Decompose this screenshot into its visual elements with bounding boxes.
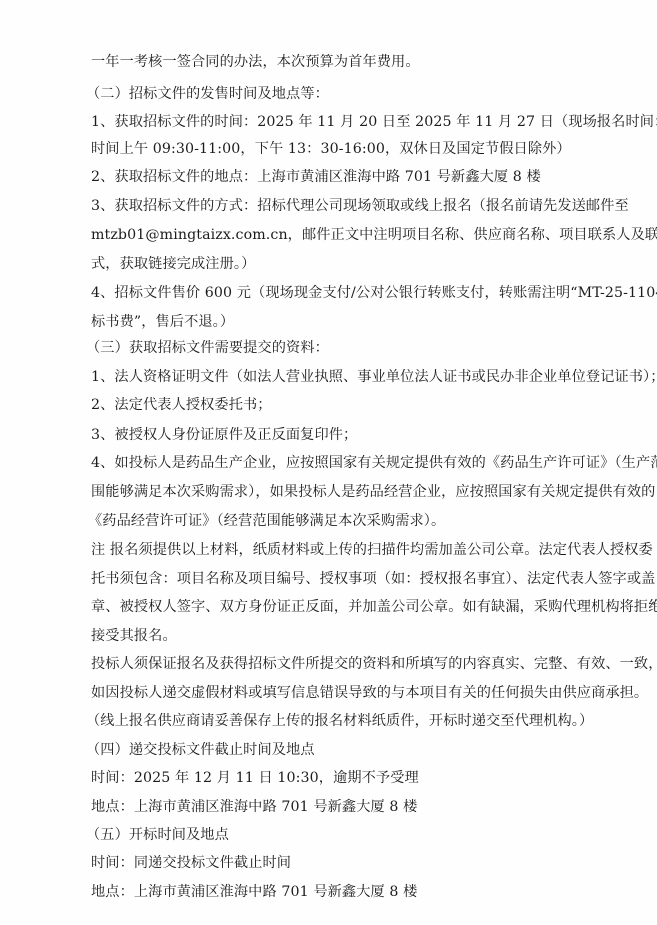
item-3-2-line: 2、法定代表人授权委托书；	[91, 395, 611, 415]
note-line-2: 托书须包含：项目名称及项目编号、授权事项（如：授权报名事宜）、法定代表人签字或盖	[91, 569, 597, 589]
section-5-place: 地点：上海市黄浦区淮海中路 701 号新鑫大厦 8 楼	[91, 882, 611, 902]
section-5-time: 时间：同递交投标文件截止时间	[91, 853, 611, 873]
item-3-4-line-2: 围能够满足本次采购需求），如果投标人是药品经营企业，应按照国家有关规定提供有效的	[91, 482, 597, 502]
item-2-3-line-2-email: mtzb01@mingtaizx.com.cn，邮件正文中注明项目名称、供应商名…	[91, 225, 597, 245]
guarantee-line-2: 如因投标人递交虚假材料或填写信息错误导致的与本项目有关的任何损失由供应商承担。	[91, 683, 611, 703]
section-4-time: 时间：2025 年 12 月 11 日 10:30，逾期不予受理	[91, 768, 611, 788]
item-2-4-line-1: 4、招标文件售价 600 元（现场现金支付/公对公银行转账支付，转账需注明“MT…	[91, 283, 597, 303]
section-3-heading: （三）获取招标文件需要提交的资料：	[86, 338, 606, 358]
note-line-3: 章、被授权人签字、双方身份证正反面，并加盖公司公章。如有缺漏，采购代理机构将拒绝	[91, 597, 597, 617]
item-2-4-line-2: 标书费”，售后不退。）	[91, 312, 611, 332]
online-note-line: （线上报名供应商请妥善保存上传的报名材料纸质件，开标时递交至代理机构。）	[86, 711, 606, 731]
section-5-heading: （五）开标时间及地点	[86, 825, 606, 845]
item-3-3-line: 3、被授权人身份证原件及正反面复印件；	[91, 425, 611, 445]
note-line-4: 接受其报名。	[91, 626, 611, 646]
item-3-4-line-3: 《药品经营许可证》（经营范围能够满足本次采购需求）。	[88, 511, 608, 531]
item-3-4-line-1: 4、如投标人是药品生产企业，应按照国家有关规定提供有效的《药品生产许可证》（生产…	[91, 453, 597, 473]
item-2-1-line-1: 1、获取招标文件的时间：2025 年 11 月 20 日至 2025 年 11 …	[91, 112, 597, 132]
guarantee-line-1: 投标人须保证报名及获得招标文件所提交的资料和所填写的内容真实、完整、有效、一致，	[91, 654, 603, 674]
section-4-place: 地点：上海市黄浦区淮海中路 701 号新鑫大厦 8 楼	[91, 797, 611, 817]
note-line-1: 注 报名须提供以上材料，纸质材料或上传的扫描件均需加盖公司公章。法定代表人授权委	[91, 540, 597, 560]
item-2-3-line-3: 式，获取链接完成注册。）	[91, 254, 611, 274]
item-2-3-line-1: 3、获取招标文件的方式：招标代理公司现场领取或线上报名（报名前请先发送邮件至	[91, 196, 611, 216]
document-page: 一年一考核一签合同的办法，本次预算为首年费用。 （二）招标文件的发售时间及地点等…	[0, 0, 657, 925]
item-3-1-line: 1、法人资格证明文件（如法人营业执照、事业单位法人证书或民办非企业单位登记证书）…	[91, 367, 603, 387]
section-2-heading: （二）招标文件的发售时间及地点等：	[86, 84, 606, 104]
budget-note-line: 一年一考核一签合同的办法，本次预算为首年费用。	[91, 52, 611, 72]
item-2-2-line: 2、获取招标文件的地点：上海市黄浦区淮海中路 701 号新鑫大厦 8 楼	[91, 167, 611, 187]
item-2-1-line-2: 时间上午 09:30-11:00，下午 13：30-16:00，双休日及国定节假…	[91, 139, 611, 159]
section-4-heading: （四）递交投标文件截止时间及地点	[86, 740, 606, 760]
